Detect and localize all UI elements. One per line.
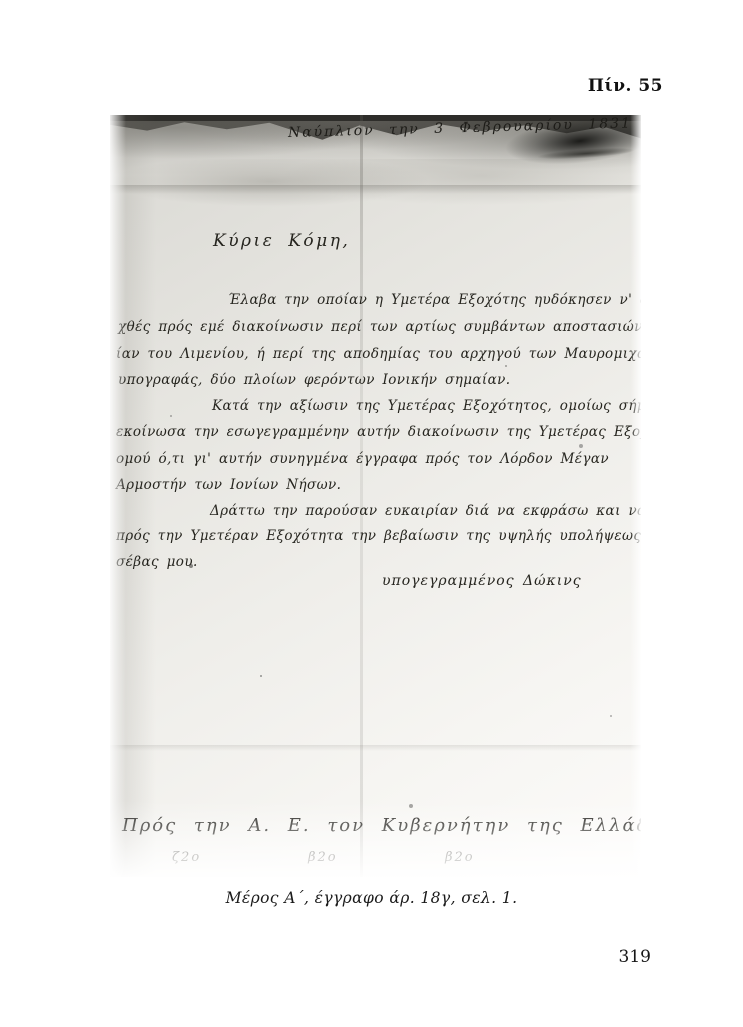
- letter-body-line: ομού ό,τι γι' αυτήν συνηγμένα έγγραφα πρ…: [116, 451, 609, 467]
- scanned-letter-photo: Ναύπλιον την 3 Φεβρουαρίου 1831 Κύριε Κό…: [110, 115, 641, 877]
- photo-horizontal-crease-bottom: [110, 745, 641, 751]
- letter-body-line: Δράττω την παρούσαν ευκαιρίαν διά να εκφ…: [210, 503, 641, 519]
- page-number: 319: [619, 947, 651, 967]
- letter-body-line: πρός την Υμετέραν Εξοχότητα την βεβαίωσι…: [116, 528, 641, 544]
- photo-vertical-crease: [360, 115, 363, 877]
- letter-address-line: Πρός την Α. Ε. τον Κυβερνήτην της Ελλάδο…: [122, 815, 641, 836]
- letter-body-line: εκοίνωσα την εσωγεγραμμένην αυτήν διακοί…: [116, 424, 641, 440]
- letter-body-line: ίαν του Λιμενίου, ή περί της αποδημίας τ…: [116, 346, 641, 362]
- letter-body-line: χθές πρός εμέ διακοίνωσιν περί των αρτίω…: [118, 319, 641, 335]
- letter-signature: υπογεγραμμένος Δώκινς: [382, 573, 582, 589]
- photo-left-shading: [110, 115, 156, 877]
- letter-flourish-mark: ζ2ο: [172, 850, 201, 865]
- letter-body-line: υπογραφάς, δύο πλοίων φερόντων Ιονικήν σ…: [118, 372, 510, 388]
- letter-body-line: Έλαβα την οποίαν η Υμετέρα Εξοχότης ηυδό…: [228, 292, 641, 308]
- book-page: { "page": { "plate_label": "Πίν. 55", "c…: [0, 0, 743, 1027]
- photo-horizontal-crease-top: [110, 185, 641, 194]
- letter-body-line: Αρμοστήν των Ιονίων Νήσων.: [116, 477, 341, 493]
- letter-flourish-mark: β2ο: [445, 850, 475, 865]
- plate-number-label: Πίν. 55: [588, 76, 663, 96]
- letter-flourish-mark: β2ο: [308, 850, 338, 865]
- photo-speckles: [110, 115, 112, 117]
- figure-caption: Μέρος Α΄, έγγραφο άρ. 18γ, σελ. 1.: [0, 889, 743, 907]
- photo-edge-fade: [110, 115, 641, 877]
- letter-body-line: σέβας μου.: [116, 554, 198, 570]
- letter-body-line: Κατά την αξίωσιν της Υμετέρας Εξοχότητος…: [212, 398, 641, 414]
- letter-salutation: Κύριε Κόμη,: [213, 231, 350, 251]
